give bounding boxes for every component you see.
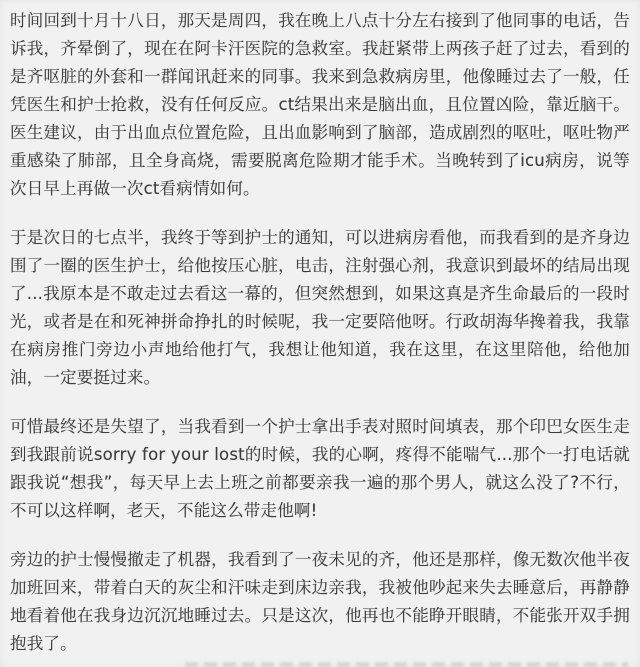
paragraph-2: 于是次日的七点半，我终于等到护士的通知，可以进病房看他，而我看到的是齐身边围了一… bbox=[10, 224, 630, 392]
paragraph-1: 时间回到十月十八日，那天是周四，我在晚上八点十分左右接到了他同事的电话，告诉我，… bbox=[10, 7, 630, 203]
paragraph-4: 旁边的护士慢慢撤走了机器，我看到了一夜未见的齐，他还是那样，像无数次他半夜加班回… bbox=[10, 546, 630, 658]
article-body: 时间回到十月十八日，那天是周四，我在晚上八点十分左右接到了他同事的电话，告诉我，… bbox=[10, 7, 630, 658]
paragraph-3: 可惜最终还是失望了，当我看到一个护士拿出手表对照时间填表，那个印巴女医生走到我跟… bbox=[10, 413, 630, 525]
document-page: 时间回到十月十八日，那天是周四，我在晚上八点十分左右接到了他同事的电话，告诉我，… bbox=[0, 0, 640, 667]
next-line-cutoff-remnant bbox=[185, 662, 628, 667]
